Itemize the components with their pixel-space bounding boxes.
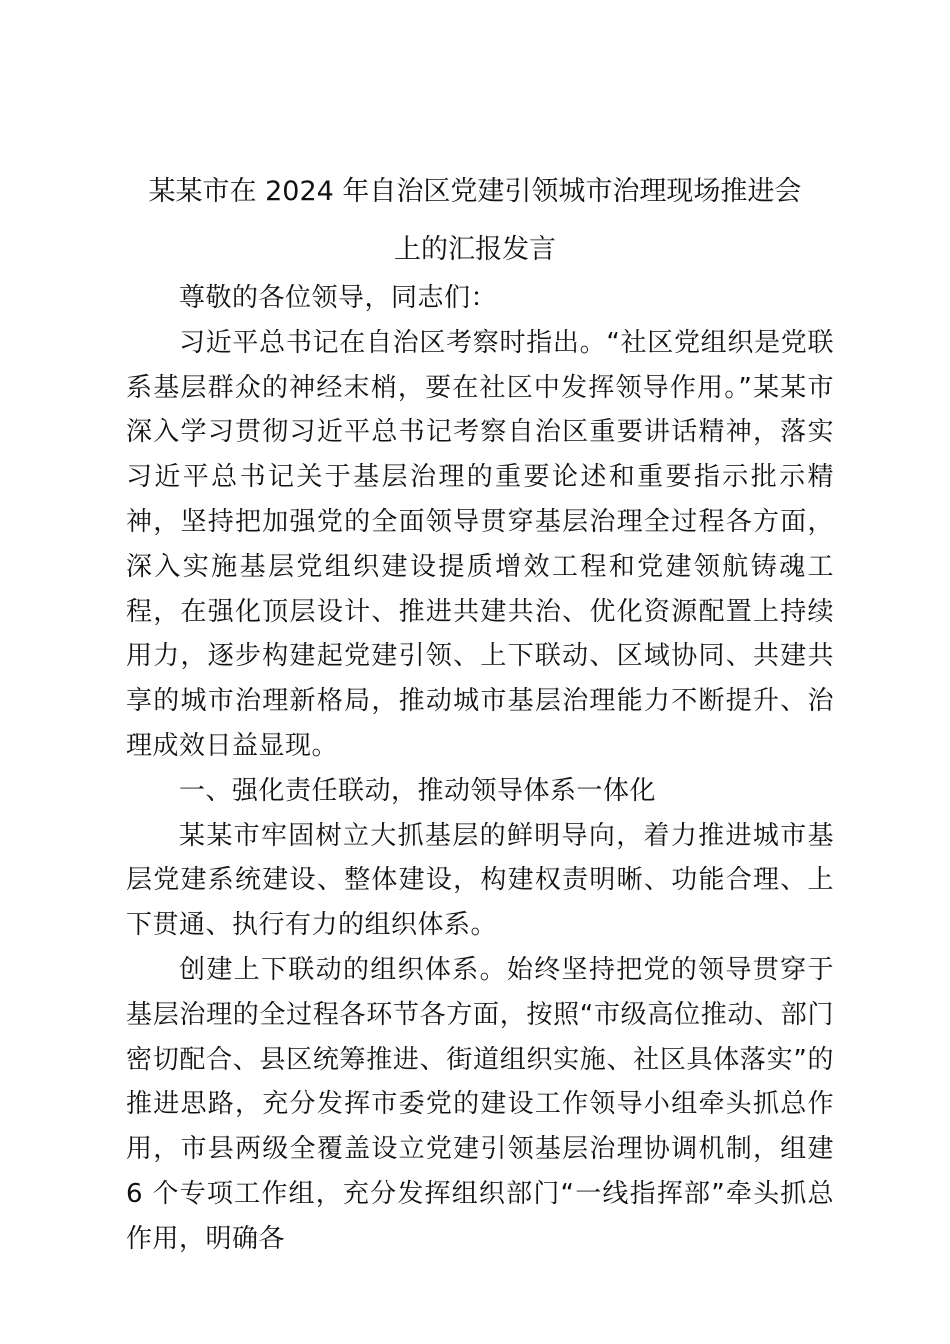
title-line-1: 某某市在 2024 年自治区党建引领城市治理现场推进会 [100,163,850,221]
section-heading-1: 一、强化责任联动，推动领导体系一体化 [126,769,834,814]
document-title: 某某市在 2024 年自治区党建引领城市治理现场推进会 上的汇报发言 [100,163,850,279]
greeting: 尊敬的各位领导，同志们： [126,276,834,321]
document-body: 尊敬的各位领导，同志们： 习近平总书记在自治区考察时指出。“社区党组织是党联系基… [126,276,834,1262]
document-page: 某某市在 2024 年自治区党建引领城市治理现场推进会 上的汇报发言 尊敬的各位… [0,0,950,1344]
paragraph-intro: 习近平总书记在自治区考察时指出。“社区党组织是党联系基层群众的神经末梢，要在社区… [126,321,834,769]
section-1-paragraph-2: 创建上下联动的组织体系。始终坚持把党的领导贯穿于基层治理的全过程各环节各方面，按… [126,948,834,1262]
section-1-paragraph-1: 某某市牢固树立大抓基层的鲜明导向，着力推进城市基层党建系统建设、整体建设，构建权… [126,814,834,948]
title-line-2: 上的汇报发言 [100,221,850,279]
